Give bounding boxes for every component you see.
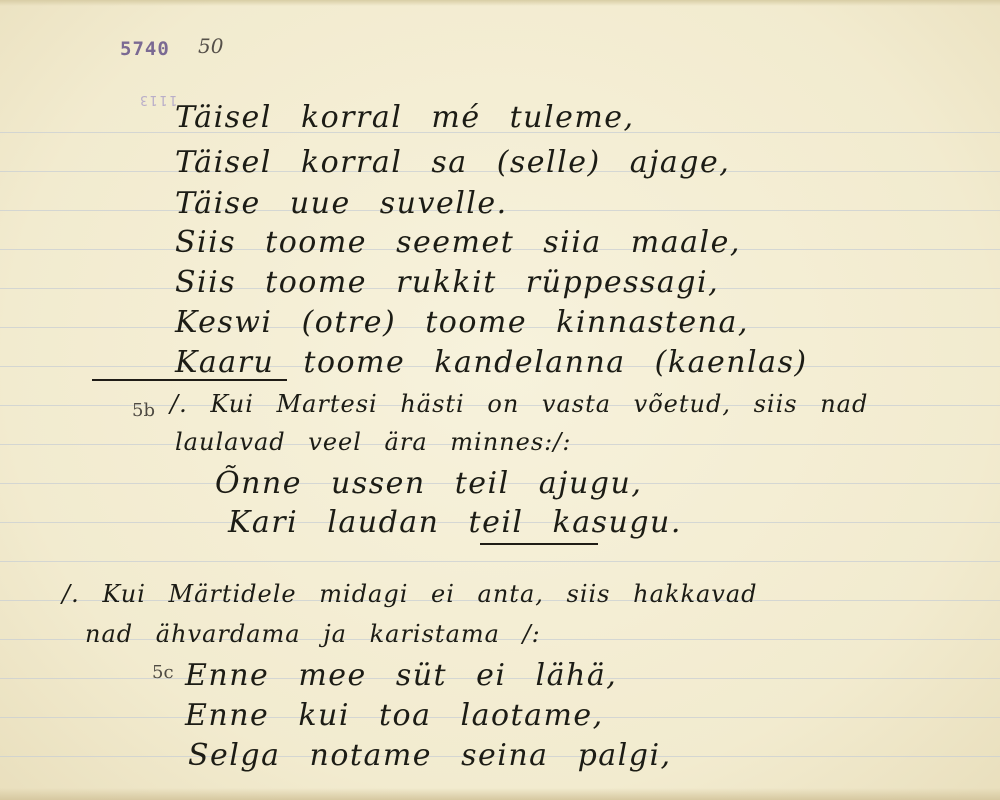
archive-stamp: 5740 xyxy=(120,38,170,60)
paper-top-edge xyxy=(0,0,1000,6)
verse-line: Enne kui toa laotame, xyxy=(185,698,604,733)
note-line: laulavad veel ära minnes:/: xyxy=(175,428,571,456)
ruled-line xyxy=(0,561,1000,562)
verse-line: Täisel korral sa (selle) ajage, xyxy=(175,145,730,180)
paper-bottom-edge xyxy=(0,788,1000,800)
manuscript-page: 5740 50 1113 Täisel korral mé tuleme, Tä… xyxy=(0,0,1000,800)
verse-line: Täise uue suvelle. xyxy=(175,186,508,221)
faded-stamp: 1113 xyxy=(138,92,177,107)
note-line: nad ähvardama ja karistama /: xyxy=(85,620,541,648)
verse-line: Keswi (otre) toome kinnastena, xyxy=(175,305,749,340)
verse-line: Siis toome rukkit rüppessagi, xyxy=(175,265,719,300)
verse-line: Kaaru toome kandelanna (kaenlas) xyxy=(175,345,808,380)
verse-line: Õnne ussen teil ajugu, xyxy=(215,466,642,501)
section-end-underline xyxy=(480,543,598,545)
verse-line: Kari laudan teil kasugu. xyxy=(228,505,682,540)
note-line: /. Kui Martesi hästi on vasta võetud, si… xyxy=(170,390,868,418)
verse-line: Enne mee süt ei lähä, xyxy=(185,658,617,693)
verse-line: Täisel korral mé tuleme, xyxy=(175,100,635,135)
margin-mark: 5c xyxy=(152,662,174,683)
note-line: /. Kui Märtidele midagi ei anta, siis ha… xyxy=(62,580,758,608)
section-divider xyxy=(92,379,287,381)
margin-mark: 5b xyxy=(132,400,155,421)
page-number: 50 xyxy=(198,34,223,58)
verse-line: Selga notame seina palgi, xyxy=(188,738,672,773)
verse-line: Siis toome seemet siia maale, xyxy=(175,225,741,260)
